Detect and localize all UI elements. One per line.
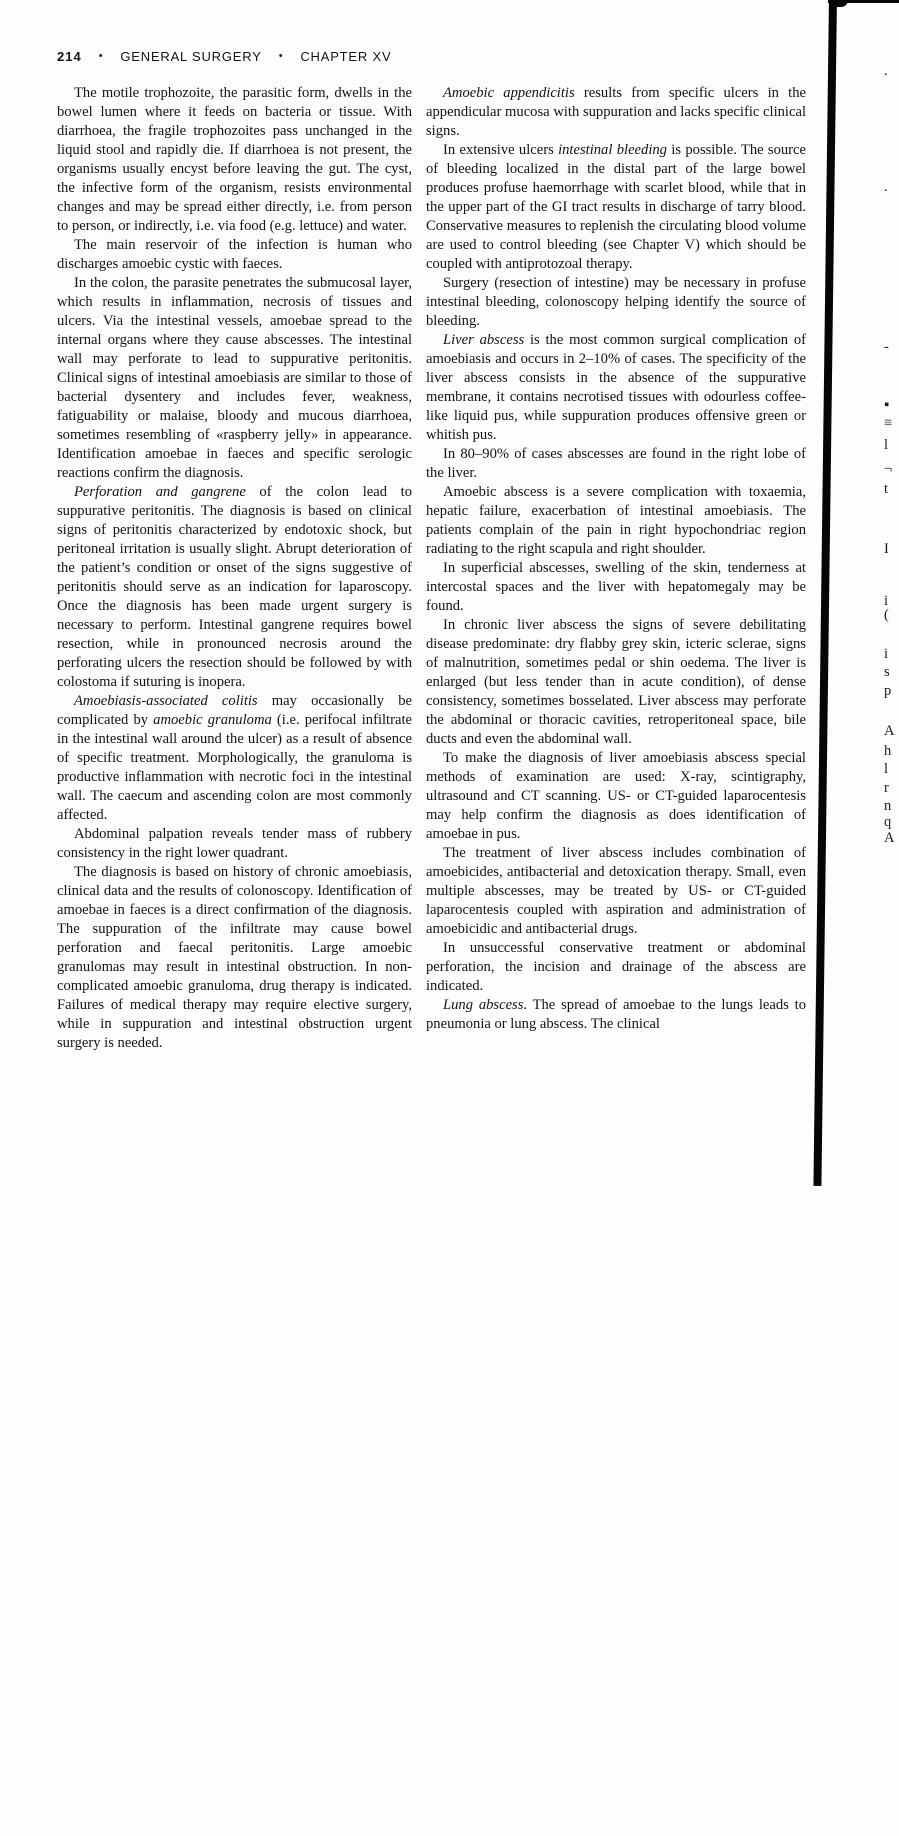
scan-edge-bar: [813, 0, 837, 1186]
adjacent-page-fragment: n: [884, 797, 899, 815]
text-run: In superficial abscesses, swelling of th…: [426, 560, 806, 614]
paragraph: The treatment of liver abscess includes …: [426, 844, 806, 939]
text-run: Surgery (resection of intestine) may be …: [426, 275, 806, 329]
adjacent-page-fragment: i: [884, 592, 899, 610]
paragraph: Perforation and gangrene of the colon le…: [57, 483, 412, 692]
paragraph: Amoebiasis-associated colitis may occasi…: [57, 692, 412, 825]
text-run: In unsuccessful conservative treatment o…: [426, 940, 806, 994]
paragraph: The main reservoir of the infection is h…: [57, 236, 412, 274]
text-run: Amoebic abscess is a severe complication…: [426, 484, 806, 557]
separator-bullet-icon: •: [279, 50, 284, 62]
scan-edge-top-strip: [828, 0, 899, 3]
adjacent-page-fragment: (: [884, 606, 899, 624]
chapter-title: CHAPTER XV: [300, 49, 391, 64]
adjacent-page-fragment: I: [884, 540, 899, 558]
paragraph: Surgery (resection of intestine) may be …: [426, 274, 806, 331]
adjacent-page-fragment: t: [884, 480, 899, 498]
adjacent-page-fragment: A: [884, 829, 899, 847]
book-page: 214 • GENERAL SURGERY • CHAPTER XV The m…: [0, 0, 899, 1836]
paragraph: Amoebic abscess is a severe complication…: [426, 483, 806, 559]
text-run: In extensive ulcers: [443, 142, 558, 158]
text-run: Abdominal palpation reveals tender mass …: [57, 826, 412, 861]
adjacent-page-fragment: ▪: [884, 396, 899, 414]
text-run: In 80–90% of cases abscesses are found i…: [426, 446, 806, 481]
paragraph: In unsuccessful conservative treatment o…: [426, 939, 806, 996]
text-run: is possible. The source of bleeding loca…: [426, 142, 806, 272]
adjacent-page-fragment: .: [884, 178, 899, 196]
italic-term: Lung abscess: [443, 997, 523, 1013]
adjacent-page-fragment: q: [884, 813, 899, 831]
separator-bullet-icon: •: [99, 50, 104, 62]
italic-term: Amoebiasis-associated colitis: [74, 693, 258, 709]
italic-term: amoebic granuloma: [153, 712, 272, 728]
italic-term: intestinal bleeding: [558, 142, 667, 158]
adjacent-page-fragment: s: [884, 663, 899, 681]
paragraph: To make the diagnosis of liver amoebiasi…: [426, 749, 806, 844]
adjacent-page-fragment: l: [884, 760, 899, 778]
paragraph: In the colon, the parasite penetrates th…: [57, 274, 412, 483]
adjacent-page-fragment: ≡: [884, 414, 899, 432]
italic-term: Amoebic appendicitis: [443, 85, 575, 101]
running-head: 214 • GENERAL SURGERY • CHAPTER XV: [57, 49, 391, 64]
italic-term: Liver abscess: [443, 332, 524, 348]
paragraph: Abdominal palpation reveals tender mass …: [57, 825, 412, 863]
section-title: GENERAL SURGERY: [120, 49, 261, 64]
text-column-left: The motile trophozoite, the parasitic fo…: [57, 84, 412, 1053]
adjacent-page-fragment: h: [884, 742, 899, 760]
text-run: The motile trophozoite, the parasitic fo…: [57, 85, 412, 234]
text-column-right: Amoebic appendicitis results from specif…: [426, 84, 806, 1034]
text-run: of the colon lead to suppurative periton…: [57, 484, 412, 690]
adjacent-page-fragment: -: [884, 338, 899, 356]
text-run: The treatment of liver abscess includes …: [426, 845, 806, 937]
text-run: is the most common surgical complication…: [426, 332, 806, 443]
paragraph: The motile trophozoite, the parasitic fo…: [57, 84, 412, 236]
paragraph: In superficial abscesses, swelling of th…: [426, 559, 806, 616]
adjacent-page-fragment: ¬: [884, 460, 899, 478]
paragraph: In chronic liver abscess the signs of se…: [426, 616, 806, 749]
adjacent-page-fragment: A: [884, 722, 899, 740]
adjacent-page-fragment: r: [884, 779, 899, 797]
text-run: To make the diagnosis of liver amoebiasi…: [426, 750, 806, 842]
text-run: The diagnosis is based on history of chr…: [57, 864, 412, 1051]
paragraph: The diagnosis is based on history of chr…: [57, 863, 412, 1053]
paragraph: In 80–90% of cases abscesses are found i…: [426, 445, 806, 483]
text-run: The main reservoir of the infection is h…: [57, 237, 412, 272]
adjacent-page-fragment: l: [884, 436, 899, 454]
text-run: In the colon, the parasite penetrates th…: [57, 275, 412, 481]
page-number: 214: [57, 49, 82, 64]
text-run: (i.e. perifocal infiltrate in the intest…: [57, 712, 412, 823]
adjacent-page-fragment: p: [884, 682, 899, 700]
adjacent-page-fragment: i: [884, 645, 899, 663]
paragraph: Lung abscess. The spread of amoebae to t…: [426, 996, 806, 1034]
paragraph: In extensive ulcers intestinal bleeding …: [426, 141, 806, 274]
paragraph: Liver abscess is the most common surgica…: [426, 331, 806, 445]
italic-term: Perforation and gangrene: [74, 484, 246, 500]
paragraph: Amoebic appendicitis results from specif…: [426, 84, 806, 141]
text-run: In chronic liver abscess the signs of se…: [426, 617, 806, 747]
adjacent-page-fragment: .: [884, 62, 899, 80]
